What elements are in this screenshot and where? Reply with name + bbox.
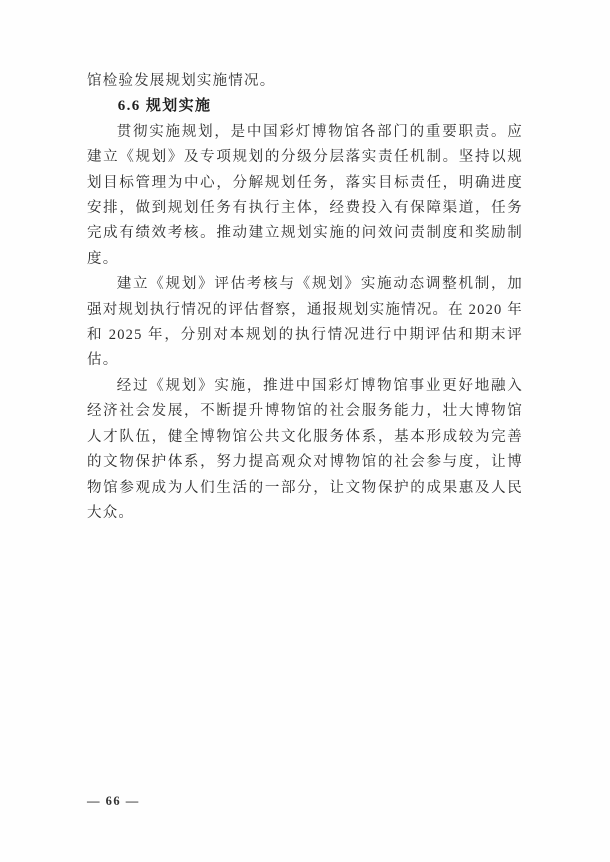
paragraph-expected-outcome: 经过《规划》实施，推进中国彩灯博物馆事业更好地融入经济社会发展，不断提升博物馆的… [87, 374, 523, 526]
text-block: 馆检验发展规划实施情况。 6.6 规划实施 贯彻实施规划，是中国彩灯博物馆各部门… [87, 69, 523, 526]
section-heading-6-6: 6.6 规划实施 [87, 94, 523, 119]
document-page: 馆检验发展规划实施情况。 6.6 规划实施 贯彻实施规划，是中国彩灯博物馆各部门… [0, 0, 610, 862]
carryover-line: 馆检验发展规划实施情况。 [87, 69, 523, 94]
page-number: — 66 — [87, 794, 140, 809]
paragraph-implementation-duty: 贯彻实施规划，是中国彩灯博物馆各部门的重要职责。应建立《规划》及专项规划的分级分… [87, 120, 523, 272]
paragraph-evaluation-mechanism: 建立《规划》评估考核与《规划》实施动态调整机制，加强对规划执行情况的评估督察，通… [87, 272, 523, 374]
